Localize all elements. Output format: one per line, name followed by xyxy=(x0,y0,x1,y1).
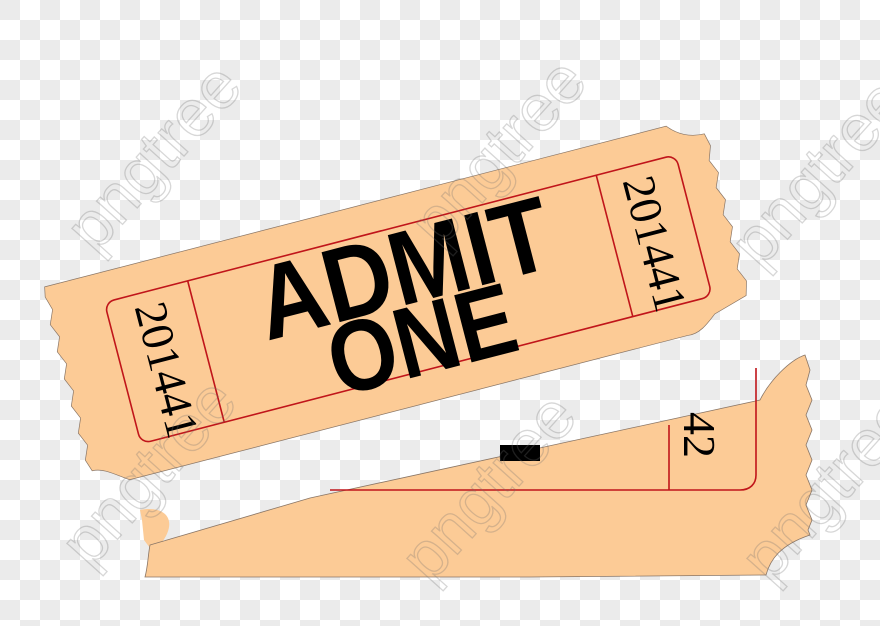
back-ticket-serial: 42 xyxy=(674,412,725,458)
ticket-illustration: 42 201441 201441 ADMIT ONE pngtree pngtr… xyxy=(0,0,880,626)
watermark: pngtree xyxy=(715,63,880,279)
watermark: pngtree xyxy=(50,48,255,264)
